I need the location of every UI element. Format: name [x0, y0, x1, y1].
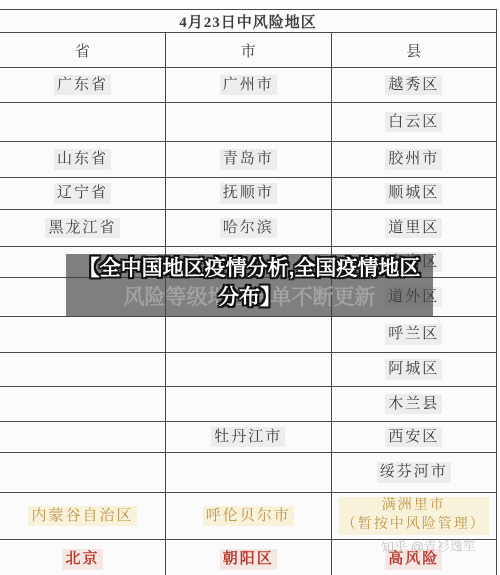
- table-row: 阿城区: [0, 353, 497, 387]
- cell-province: 山东省: [0, 142, 166, 178]
- cell-county: 顺城区: [331, 178, 497, 210]
- cell-county: 呼兰区: [331, 317, 497, 353]
- cell-province: [0, 103, 166, 142]
- cell-text: 朝阳区: [220, 549, 277, 569]
- cell-text: 顺城区: [385, 183, 442, 203]
- cell-text: 满洲里市 （暂按中风险管理）: [339, 497, 489, 535]
- cell-text: 木兰县: [385, 394, 442, 414]
- cell-text: 广州市: [220, 75, 277, 95]
- table-row-warning: 内蒙谷自治区 呼伦贝尔市 满洲里市 （暂按中风险管理）: [0, 493, 497, 540]
- screenshot-stage: 4月23日中风险地区 省 市 县 广东省 广州市 越秀区 白云区 山东省 青岛市…: [0, 0, 500, 575]
- table-row: 广东省 广州市 越秀区: [0, 68, 497, 103]
- table-header-row: 省 市 县: [0, 33, 497, 68]
- cell-province: [0, 353, 166, 387]
- header-province: 省: [0, 33, 166, 68]
- cell-city: 呼伦贝尔市: [166, 493, 332, 540]
- cell-city: [166, 453, 332, 493]
- cell-city: 哈尔滨: [166, 210, 332, 247]
- cell-province: 内蒙谷自治区: [0, 493, 166, 540]
- cell-text: 广东省: [54, 75, 111, 95]
- cell-county: 阿城区: [331, 353, 497, 387]
- table-row: 牡丹江市 西安区: [0, 422, 497, 453]
- cell-text: 道里区: [385, 218, 442, 238]
- cell-city: [166, 353, 332, 387]
- cell-text: 阿城区: [385, 359, 442, 379]
- cell-text: 呼伦贝尔市: [203, 506, 294, 526]
- cell-county: 满洲里市 （暂按中风险管理）: [331, 493, 497, 540]
- cell-province: [0, 387, 166, 422]
- table-row: 呼兰区: [0, 317, 497, 353]
- cell-text: 绥芬河市: [377, 462, 451, 482]
- header-county: 县: [331, 33, 497, 68]
- cell-text: 北京: [62, 549, 102, 569]
- overlay-headline-line2: 分布】: [218, 283, 281, 313]
- cell-province: [0, 317, 166, 353]
- cell-county: 道里区: [331, 210, 497, 247]
- caption-overlay: 【全中国地区疫情分析,全国疫情地区 风险等级地区名单不断更新 分布】: [66, 254, 433, 317]
- cell-province: [0, 422, 166, 453]
- watermark-text: 知乎 @青衫逸笙: [381, 535, 476, 556]
- table-title-row: 4月23日中风险地区: [0, 10, 497, 33]
- cell-text: 哈尔滨: [220, 218, 277, 238]
- cell-text: 牡丹江市: [211, 427, 285, 447]
- cell-city: 抚顺市: [166, 178, 332, 210]
- cell-text: 胶州市: [385, 149, 442, 169]
- cell-text: 西安区: [385, 427, 442, 447]
- cell-county: 白云区: [331, 103, 497, 142]
- overlay-headline-line1: 【全中国地区疫情分析,全国疫情地区: [66, 254, 433, 284]
- cell-city: 牡丹江市: [166, 422, 332, 453]
- overlay-line2-wrap: 风险等级地区名单不断更新 分布】: [66, 283, 433, 313]
- cell-county: 越秀区: [331, 68, 497, 103]
- cell-text: 内蒙谷自治区: [28, 506, 136, 526]
- table-row: 辽宁省 抚顺市 顺城区: [0, 178, 497, 210]
- cell-text: 抚顺市: [220, 183, 277, 203]
- table-row: 白云区: [0, 103, 497, 142]
- cell-county: 西安区: [331, 422, 497, 453]
- cell-province: 广东省: [0, 68, 166, 103]
- cell-text: 白云区: [385, 112, 442, 132]
- cell-text: 山东省: [54, 149, 111, 169]
- cell-text: 黑龙江省: [45, 218, 119, 238]
- cell-text: 越秀区: [385, 75, 442, 95]
- cell-city: [166, 317, 332, 353]
- cell-county: 木兰县: [331, 387, 497, 422]
- table-row: 黑龙江省 哈尔滨 道里区: [0, 210, 497, 247]
- cell-province: 黑龙江省: [0, 210, 166, 247]
- cell-text: 呼兰区: [385, 324, 442, 344]
- cell-city: 朝阳区: [166, 540, 332, 575]
- cell-county: 胶州市: [331, 142, 497, 178]
- table-title: 4月23日中风险地区: [0, 10, 497, 33]
- cell-text: 辽宁省: [54, 183, 111, 203]
- cell-province: 北京: [0, 540, 166, 575]
- table-row: 木兰县: [0, 387, 497, 422]
- cell-city: [166, 387, 332, 422]
- cell-city: 广州市: [166, 68, 332, 103]
- cell-text: 青岛市: [220, 149, 277, 169]
- table-row: 绥芬河市: [0, 453, 497, 493]
- cell-city: [166, 103, 332, 142]
- table-row: 山东省 青岛市 胶州市: [0, 142, 497, 178]
- cell-province: 辽宁省: [0, 178, 166, 210]
- cell-city: 青岛市: [166, 142, 332, 178]
- cell-province: [0, 453, 166, 493]
- header-city: 市: [166, 33, 332, 68]
- cell-county: 绥芬河市: [331, 453, 497, 493]
